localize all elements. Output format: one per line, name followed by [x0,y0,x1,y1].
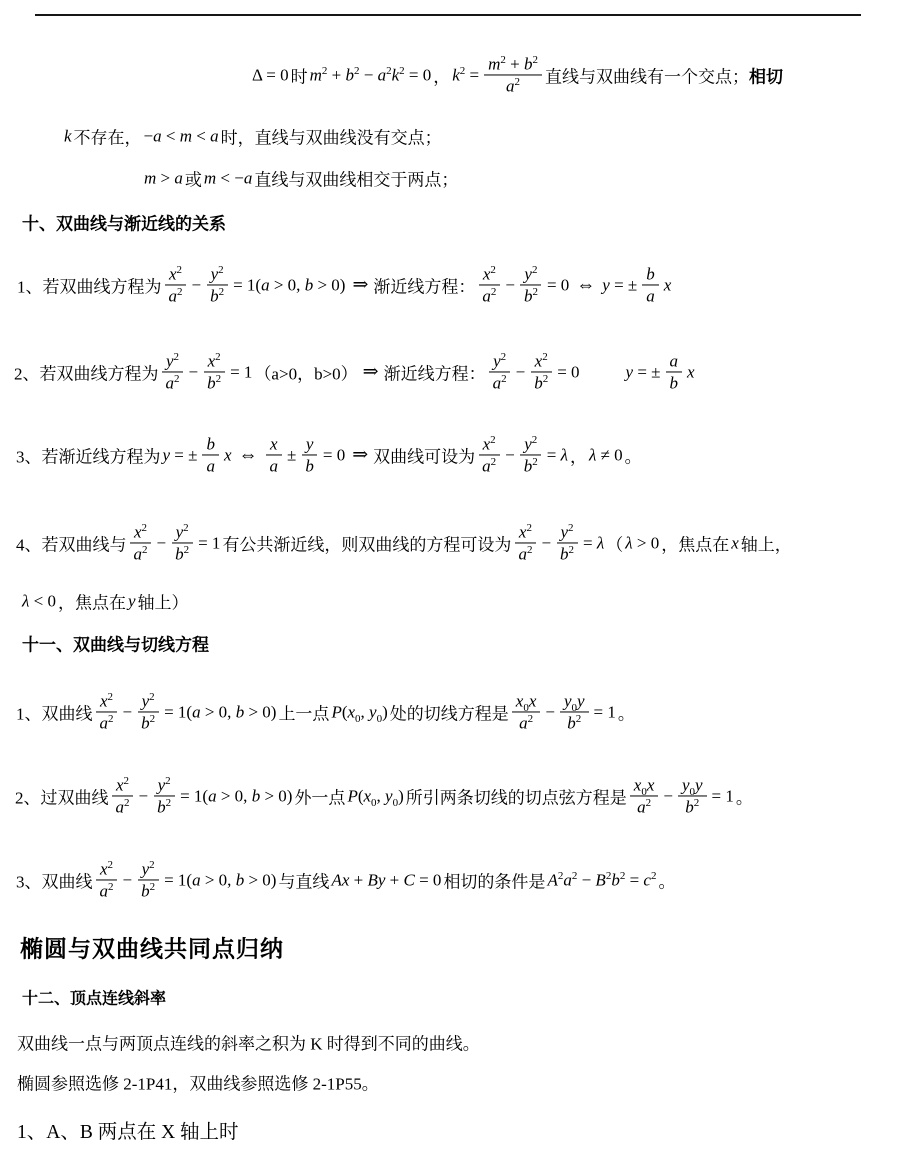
text: 渐近线方程： [373,273,475,298]
text: （a>0，b>0） [254,360,357,385]
paragraph-slope-product: 双曲线一点与两顶点连线的斜率之积为 K 时得到不同的曲线。 [17,1030,480,1055]
text: 时 [291,63,308,88]
text: 所引两条切线的切点弦方程是 [406,784,627,809]
math-expression: x [687,362,695,382]
math-expression: = 0 [323,445,345,465]
math-expression: Ax + By + C = 0 [331,870,441,890]
math-expression: = 1 [230,362,252,382]
math-expression: − [189,362,199,382]
text: 3、若渐近线方程为 [16,443,161,468]
text: 或 [185,166,202,191]
math-expression: = λ [583,533,604,553]
text: 直线与双曲线有一个交点； [545,63,749,88]
fraction: x2a2 [130,522,152,563]
bold-text: 相切 [749,63,783,88]
math-expression: −a < m < a [144,126,219,146]
math-expression: − [663,786,673,806]
asymptote-item-1: 1、若双曲线方程为x2a2−y2b2= 1(a > 0, b > 0)⇒渐近线方… [17,264,673,305]
fraction: y2b2 [137,859,159,900]
fraction: x2a2 [478,434,500,475]
main-heading: 椭圆与双曲线共同点归纳 [20,931,284,964]
math-expression: x [224,445,232,465]
text: 渐近线方程： [384,360,486,385]
fraction: ab [666,351,683,392]
fraction: yb [301,434,318,475]
math-expression: − [192,275,202,295]
fraction: y2b2 [206,264,228,305]
text: 双曲线可设为 [373,443,475,468]
math-expression: − [541,533,551,553]
text: 上一点 [278,700,329,725]
fraction: x2a2 [96,691,118,732]
math-expression: k2 = [452,65,479,85]
math-expression: P(x0, y0) [331,702,387,722]
math-expression: y = ± [602,275,637,295]
math-expression: = 1(a > 0, b > 0) [233,275,345,295]
fraction: ba [642,264,659,305]
fraction: xa [266,434,283,475]
fraction: x2a2 [514,522,536,563]
math-expression: = 1(a > 0, b > 0) [180,786,292,806]
fraction: y0yb2 [678,775,707,816]
math-expression: y = ± [626,362,661,382]
arrow-symbol: ⇔ [576,274,595,296]
math-expression: Δ = 0 [252,65,289,85]
fraction: x2a2 [112,775,134,816]
fraction: y2b2 [520,434,542,475]
top-rule [35,14,861,16]
math-expression: x [664,275,672,295]
tangent-item-3: 3、双曲线x2a2−y2b2= 1(a > 0, b > 0)与直线Ax + B… [16,859,675,900]
fraction: x2b2 [530,351,552,392]
asymptote-item-4-continued: λ < 0，焦点在y轴上） [20,589,189,614]
text: 与直线 [278,868,329,893]
math-expression: − [516,362,526,382]
math-expression: λ < 0 [22,591,56,611]
math-expression: = 0 [547,275,569,295]
math-expression: λ ≠ 0 [589,445,623,465]
paragraph-case-x-axis: 1、A、B 两点在 X 轴上时 [17,1116,239,1144]
text: 。 [736,784,753,809]
math-expression: m < −a [204,168,252,188]
math-expression: P(x0, y0) [347,786,403,806]
math-expression: = 0 [557,362,579,382]
text: ，焦点在 [58,589,126,614]
text: ， [433,63,450,88]
math-expression: ± [287,445,296,465]
asymptote-item-4: 4、若双曲线与x2a2−y2b2= 1有公共渐近线，则双曲线的方程可设为x2a2… [16,522,792,563]
math-expression: y = ± [163,445,198,465]
fraction: y2a2 [162,351,184,392]
text: 时，直线与双曲线没有交点； [221,124,442,149]
math-expression: A2a2 − B2b2 = c2 [547,870,656,890]
fraction: y2b2 [171,522,193,563]
text: 2、若双曲线方程为 [14,360,159,385]
text: （ [606,531,623,556]
fraction: x2b2 [203,351,225,392]
math-expression: = 1 [594,702,616,722]
text: 4、若双曲线与 [16,531,127,556]
math-expression: k [64,126,72,146]
text: ， [570,443,587,468]
text: 直线与双曲线相交于两点； [254,166,458,191]
arrow-symbol: ⇒ [363,361,379,384]
text: 1、双曲线 [16,700,93,725]
asymptote-item-3: 3、若渐近线方程为y = ±bax⇔xa±yb= 0⇒双曲线可设为x2a2−y2… [16,434,642,475]
math-expression: = λ [547,445,568,465]
fraction: y2b2 [137,691,159,732]
fraction: x0xa2 [512,691,541,732]
heading-section-11: 十一、双曲线与切线方程 [22,631,209,656]
text: 有公共渐近线，则双曲线的方程可设为 [222,531,511,556]
fraction: y2b2 [153,775,175,816]
fraction: ba [202,434,219,475]
math-expression: − [139,786,149,806]
fraction: x2a2 [478,264,500,305]
fraction: y0yb2 [560,691,589,732]
line-two-intersections: m > a或m < −a直线与双曲线相交于两点； [142,166,458,191]
text: 3、双曲线 [16,868,93,893]
paragraph-reference: 椭圆参照选修 2-1P41，双曲线参照选修 2-1P55。 [17,1070,379,1095]
text: 轴上） [138,589,189,614]
text: ，焦点在 [661,531,729,556]
fraction: m2 + b2a2 [484,54,542,95]
fraction: x2a2 [165,264,187,305]
fraction: y2b2 [556,522,578,563]
fraction: y2b2 [520,264,542,305]
math-expression: = 1(a > 0, b > 0) [164,702,276,722]
tangent-item-2: 2、过双曲线x2a2−y2b2= 1(a > 0, b > 0)外一点P(x0,… [15,775,753,816]
line-tangency-condition: Δ = 0时m2 + b2 − a2k2 = 0，k2 =m2 + b2a2直线… [250,54,783,95]
arrow-symbol: ⇒ [352,444,368,467]
fraction: y2a2 [489,351,511,392]
fraction: x2a2 [96,859,118,900]
text: 外一点 [294,784,345,809]
heading-section-12: 十二、顶点连线斜率 [22,986,166,1009]
math-expression: − [123,870,133,890]
text: 1、若双曲线方程为 [17,273,162,298]
math-expression: x [731,533,739,553]
text: 。 [625,443,642,468]
text: 。 [618,700,635,725]
math-expression: − [545,702,555,722]
text: 相切的条件是 [443,868,545,893]
math-expression: − [157,533,167,553]
text: 处的切线方程是 [390,700,509,725]
text: 。 [658,868,675,893]
math-expression: = 1(a > 0, b > 0) [164,870,276,890]
fraction: x0xa2 [630,775,659,816]
math-expression: m2 + b2 − a2k2 = 0 [310,65,432,85]
text: 不存在， [74,124,142,149]
math-expression: = 1 [712,786,734,806]
heading-section-10: 十、双曲线与渐近线的关系 [22,210,226,235]
arrow-symbol: ⇒ [352,274,368,297]
math-expression: = 1 [198,533,220,553]
math-expression: − [505,445,515,465]
text: 2、过双曲线 [15,784,109,809]
tangent-item-1: 1、双曲线x2a2−y2b2= 1(a > 0, b > 0)上一点P(x0, … [16,691,635,732]
math-expression: − [505,275,515,295]
spacer [582,372,624,373]
asymptote-item-2: 2、若双曲线方程为y2a2−x2b2= 1（a>0，b>0）⇒渐近线方程：y2a… [14,351,697,392]
arrow-symbol: ⇔ [239,444,258,466]
line-k-nonexistent: k不存在，−a < m < a时，直线与双曲线没有交点； [62,124,442,149]
math-expression: λ > 0 [625,533,659,553]
math-expression: m > a [144,168,183,188]
math-expression: − [123,702,133,722]
math-expression: y [128,591,136,611]
text: 轴上， [741,531,792,556]
